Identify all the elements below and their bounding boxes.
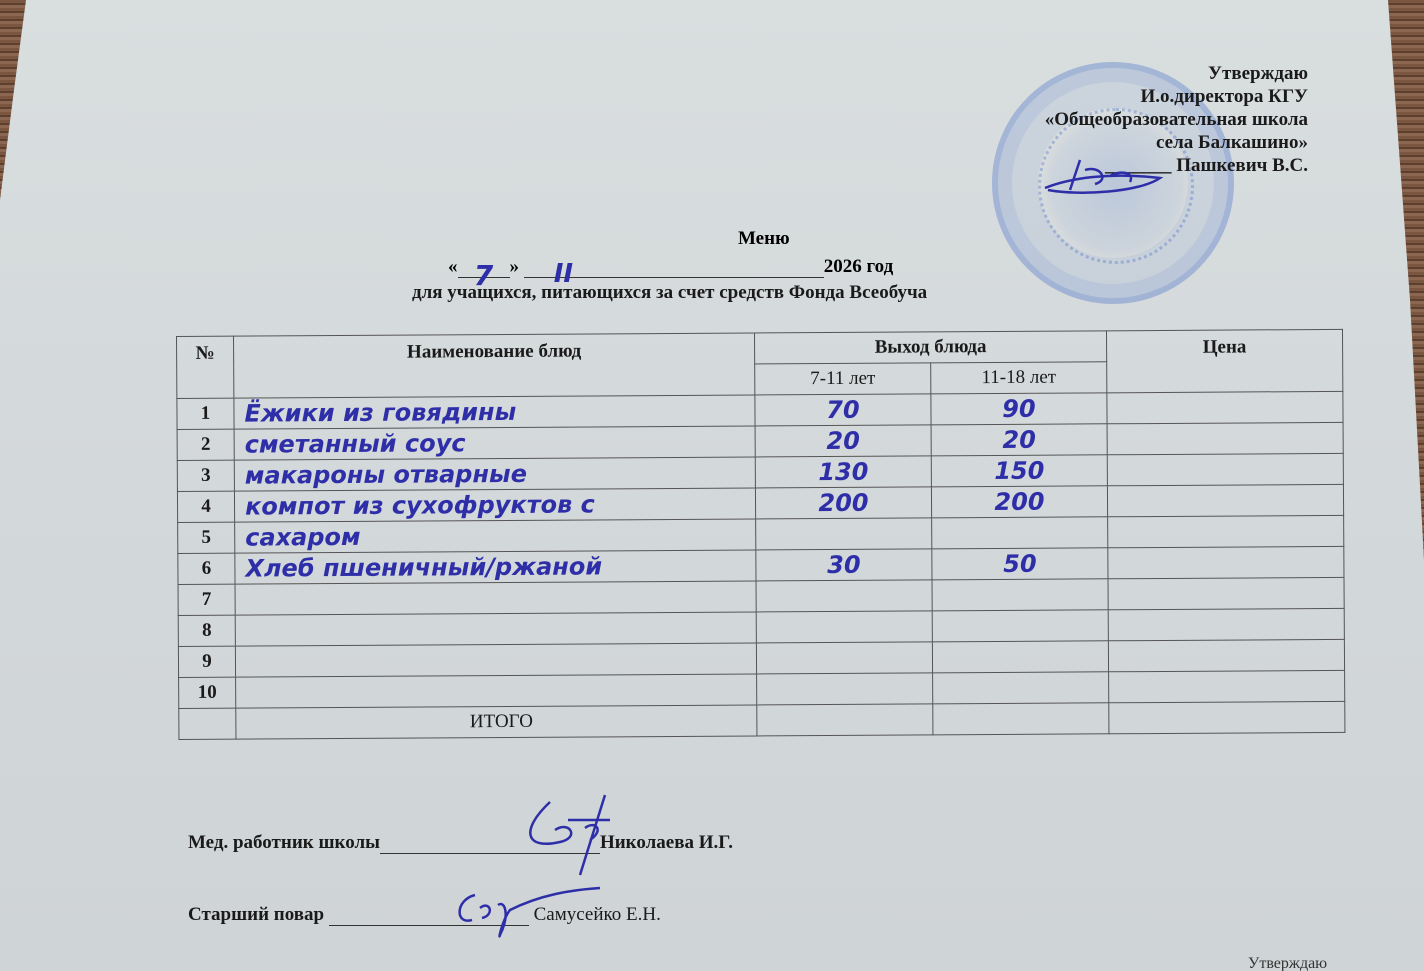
medic-role: Мед. работник школы [188, 832, 380, 853]
cook-role: Старший повар [188, 904, 324, 925]
col-header-yield: Выход блюда [754, 331, 1106, 364]
row-num: 1 [177, 398, 234, 429]
row-num: 5 [178, 522, 235, 553]
dish-name: компот из сухофруктов с [234, 488, 755, 522]
date-close-quote: » [510, 256, 520, 277]
col-header-price: Цена [1106, 329, 1342, 392]
date-year: 2026 год [824, 256, 893, 277]
date-day-field: 7 [458, 259, 510, 278]
dish-name [236, 674, 757, 708]
menu-table: № Наименование блюд Выход блюда Цена 7-1… [176, 329, 1345, 740]
dish-name: макароны отварные [234, 457, 755, 491]
yield-11-18: 50 [932, 548, 1108, 580]
row-num: 7 [178, 584, 235, 615]
row-num: 4 [177, 491, 234, 522]
table-total-row: ИТОГО [179, 701, 1345, 739]
menu-title: Меню [738, 228, 790, 250]
yield-11-18 [933, 672, 1109, 704]
total-y1-cell [757, 704, 933, 736]
yield-7-11 [756, 611, 932, 643]
yield-11-18: 200 [931, 486, 1107, 518]
yield-11-18 [932, 641, 1108, 673]
col-header-num: № [177, 336, 234, 398]
menu-subtitle: для учащихся, питающихся за счет средств… [412, 282, 927, 304]
price [1108, 577, 1344, 609]
menu-date: «7» II2026 год [448, 256, 893, 278]
dish-name: сметанный соус [234, 426, 755, 460]
yield-7-11 [757, 673, 933, 705]
total-label: ИТОГО [236, 705, 757, 739]
row-num: 2 [177, 429, 234, 460]
cook-signature [450, 880, 610, 950]
date-open-quote: « [448, 256, 458, 277]
document-page: Утверждаю И.о.директора КГУ «Общеобразов… [0, 0, 1424, 971]
yield-7-11: 30 [756, 549, 932, 581]
yield-7-11 [756, 518, 932, 550]
row-num: 6 [178, 553, 235, 584]
yield-11-18: 150 [931, 455, 1107, 487]
table-header-row: № Наименование блюд Выход блюда Цена [177, 329, 1343, 367]
price [1107, 484, 1343, 516]
total-y2-cell [933, 703, 1109, 735]
price [1109, 670, 1345, 702]
col-header-yield-7-11: 7-11 лет [755, 363, 931, 395]
date-month-field: II [524, 259, 824, 278]
col-header-name: Наименование блюд [234, 333, 755, 398]
medic-signature-row: Мед. работник школыНиколаева И.Г. [188, 832, 733, 854]
yield-11-18 [932, 610, 1108, 642]
dish-name: Ёжики из говядины [234, 395, 755, 429]
total-num-cell [179, 708, 236, 739]
yield-11-18 [932, 517, 1108, 549]
yield-7-11: 130 [755, 456, 931, 488]
yield-11-18 [932, 579, 1108, 611]
price [1108, 515, 1344, 547]
row-num: 8 [178, 615, 235, 646]
dish-name: сахаром [235, 519, 756, 553]
director-signature [1040, 150, 1170, 200]
approval-line: «Общеобразовательная школа [1045, 108, 1308, 131]
row-num: 3 [177, 460, 234, 491]
row-num: 10 [179, 677, 236, 708]
price [1108, 546, 1344, 578]
approval-line: Утверждаю [1045, 62, 1308, 85]
medic-signature [510, 790, 640, 880]
approval-line: И.о.директора КГУ [1045, 85, 1308, 108]
price [1107, 391, 1343, 423]
price [1108, 639, 1344, 671]
next-page-approval-text: Утверждаю [1248, 955, 1327, 971]
price [1108, 608, 1344, 640]
total-price-cell [1109, 701, 1345, 733]
yield-7-11: 70 [755, 394, 931, 426]
dish-name [235, 643, 756, 677]
yield-7-11 [756, 580, 932, 612]
yield-11-18: 90 [931, 393, 1107, 425]
yield-7-11: 200 [755, 487, 931, 519]
dish-name [235, 612, 756, 646]
yield-7-11: 20 [755, 425, 931, 457]
price [1107, 422, 1343, 454]
yield-11-18: 20 [931, 424, 1107, 456]
col-header-yield-11-18: 11-18 лет [931, 362, 1107, 394]
dish-name: Хлеб пшеничный/ржаной [235, 550, 756, 584]
row-num: 9 [178, 646, 235, 677]
dish-name [235, 581, 756, 615]
yield-7-11 [756, 642, 932, 674]
price [1107, 453, 1343, 485]
